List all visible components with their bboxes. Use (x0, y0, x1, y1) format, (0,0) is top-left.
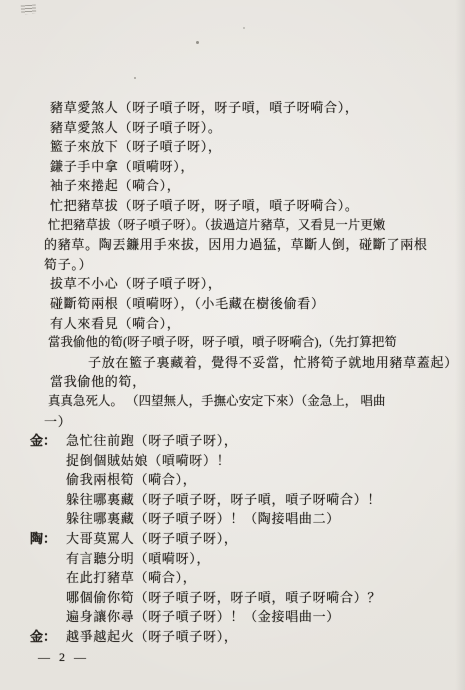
script-line: 躲往哪裏藏（呀子嗊子呀，呀子嗊，嗊子呀嗬合）！ (0, 490, 459, 510)
script-line-text: 當我偷他的筍(呀子嗊子呀，呀子嗊，嗊子呀嗬合),（先打算把筍 (48, 335, 397, 349)
scan-mark (21, 4, 37, 14)
script-line-text: 一） (44, 414, 71, 429)
script-line-text: 躲往哪裏藏（呀子嗊子呀）！（陶接唱曲二） (66, 511, 340, 526)
script-line-text: 筍子。） (44, 257, 92, 272)
script-line: 豬草愛煞人（呀子嗊子呀，呀子嗊，嗊子呀嗬合）， (0, 98, 459, 118)
script-line: 的豬草。陶丟鐮用手來拔，因用力過猛，草斷人倒，碰斷了兩根 (0, 235, 459, 255)
script-line-text: 在此打豬草（嗬合）， (66, 570, 197, 585)
script-line: 豬草愛煞人（呀子嗊子呀）。 (0, 118, 459, 138)
script-line: 捉倒個賊姑娘（嗊嗬呀）！ (0, 451, 459, 471)
script-line-text: 遍身讓你尋（呀子嗊子呀）！（金接唱曲一） (66, 609, 340, 624)
script-line-text: 籃子來放下（呀子嗊子呀）， (50, 139, 222, 154)
script-line-text: 急忙往前跑（呀子嗊子呀）， (66, 433, 238, 448)
speaker-label: 金： (30, 627, 56, 647)
speaker-label: 陶： (30, 529, 56, 549)
script-line: 當我偷他的筍(呀子嗊子呀，呀子嗊，嗊子呀嗬合),（先打算把筍 (0, 333, 459, 353)
script-line-text: 豬草愛煞人（呀子嗊子呀，呀子嗊，嗊子呀嗬合）， (50, 100, 359, 115)
script-line-text: 大哥莫罵人（呀子嗊子呀）， (66, 531, 238, 546)
scan-speck (196, 41, 199, 44)
script-line-text: 當我偷他的筍， (50, 374, 146, 389)
script-line-text: 忙把豬草拔（呀子嗊子呀，呀子嗊，嗊子呀嗬合）。 (50, 198, 359, 213)
script-line: 哪個偷你筍（呀子嗊子呀，呀子嗊，嗊子呀嗬合）？ (0, 588, 459, 608)
script-line: 當我偷他的筍， (0, 372, 459, 392)
script-line-text: 拔草不小心（呀子嗊子呀）， (50, 276, 222, 291)
script-line: 籃子來放下（呀子嗊子呀）， (0, 137, 459, 157)
script-line: 金：越爭越起火（呀子嗊子呀）， (0, 627, 459, 647)
scan-speck (134, 77, 136, 79)
script-line-text: 越爭越起火（呀子嗊子呀）， (66, 629, 238, 644)
script-line-text: 有人來看見（嗬合）， (50, 316, 181, 331)
script-line-text: 躲往哪裏藏（呀子嗊子呀，呀子嗊，嗊子呀嗬合）！ (66, 492, 381, 507)
script-line: 袖子來捲起（嗬合）， (0, 176, 459, 196)
script-line: 有人來看見（嗬合）， (0, 314, 459, 334)
script-line: 一） (0, 412, 459, 432)
script-line: 鎌子手中拿（嗊嗬呀）， (0, 157, 459, 177)
script-line: 子放在籃子裏藏着，覺得不妥當，忙將筍子就地用豬草蓋起） (0, 353, 459, 373)
page-number: — 2 — (38, 650, 89, 665)
script-line-text: 鎌子手中拿（嗊嗬呀）， (50, 159, 194, 174)
script-line: 真真急死人。 （四望無人，手撫心安定下來）（金急上， 唱曲 (0, 392, 459, 412)
script-line-text: 捉倒個賊姑娘（嗊嗬呀）！ (66, 453, 230, 468)
script-line: 偷我兩根筍（嗬合）， (0, 470, 459, 490)
script-line-text: 偷我兩根筍（嗬合）， (66, 472, 197, 487)
script-line-text: 豬草愛煞人（呀子嗊子呀）。 (50, 120, 222, 135)
script-line-text: 真真急死人。 （四望無人，手撫心安定下來）（金急上， 唱曲 (48, 394, 385, 408)
script-line: 拔草不小心（呀子嗊子呀）， (0, 274, 459, 294)
script-line: 筍子。） (0, 255, 459, 275)
script-line-text: 碰斷筍兩根（嗊嗬呀），（小毛藏在樹後偷看） (50, 296, 325, 311)
script-line: 躲往哪裏藏（呀子嗊子呀）！（陶接唱曲二） (0, 509, 459, 529)
script-line-text: 子放在籃子裏藏着，覺得不妥當，忙將筍子就地用豬草蓋起） (88, 355, 458, 370)
script-line-text: 忙把豬草拔（呀子嗊子呀）。（拔過這片豬草，又看見一片更嫩 (48, 218, 385, 232)
script-line: 遍身讓你尋（呀子嗊子呀）！（金接唱曲一） (0, 607, 459, 627)
script-line: 陶：大哥莫罵人（呀子嗊子呀）， (0, 529, 459, 549)
script-line: 金：急忙往前跑（呀子嗊子呀）， (0, 431, 459, 451)
script-line: 忙把豬草拔（呀子嗊子呀，呀子嗊，嗊子呀嗬合）。 (0, 196, 459, 216)
script-line: 有言聽分明（嗊嗬呀）， (0, 549, 459, 569)
scan-speck (243, 27, 245, 29)
scanned-script-page: 豬草愛煞人（呀子嗊子呀，呀子嗊，嗊子呀嗬合），豬草愛煞人（呀子嗊子呀）。籃子來放… (0, 0, 465, 690)
script-line: 在此打豬草（嗬合）， (0, 568, 459, 588)
script-line: 碰斷筍兩根（嗊嗬呀），（小毛藏在樹後偷看） (0, 294, 459, 314)
script-line-text: 有言聽分明（嗊嗬呀）， (66, 551, 210, 566)
script-text: 豬草愛煞人（呀子嗊子呀，呀子嗊，嗊子呀嗬合），豬草愛煞人（呀子嗊子呀）。籃子來放… (0, 98, 459, 647)
speaker-label: 金： (30, 431, 56, 451)
script-line: 忙把豬草拔（呀子嗊子呀）。（拔過這片豬草，又看見一片更嫩 (0, 216, 459, 236)
script-line-text: 哪個偷你筍（呀子嗊子呀，呀子嗊，嗊子呀嗬合）？ (66, 590, 381, 605)
script-line-text: 袖子來捲起（嗬合）， (50, 178, 181, 193)
script-line-text: 的豬草。陶丟鐮用手來拔，因用力過猛，草斷人倒，碰斷了兩根 (44, 237, 428, 252)
